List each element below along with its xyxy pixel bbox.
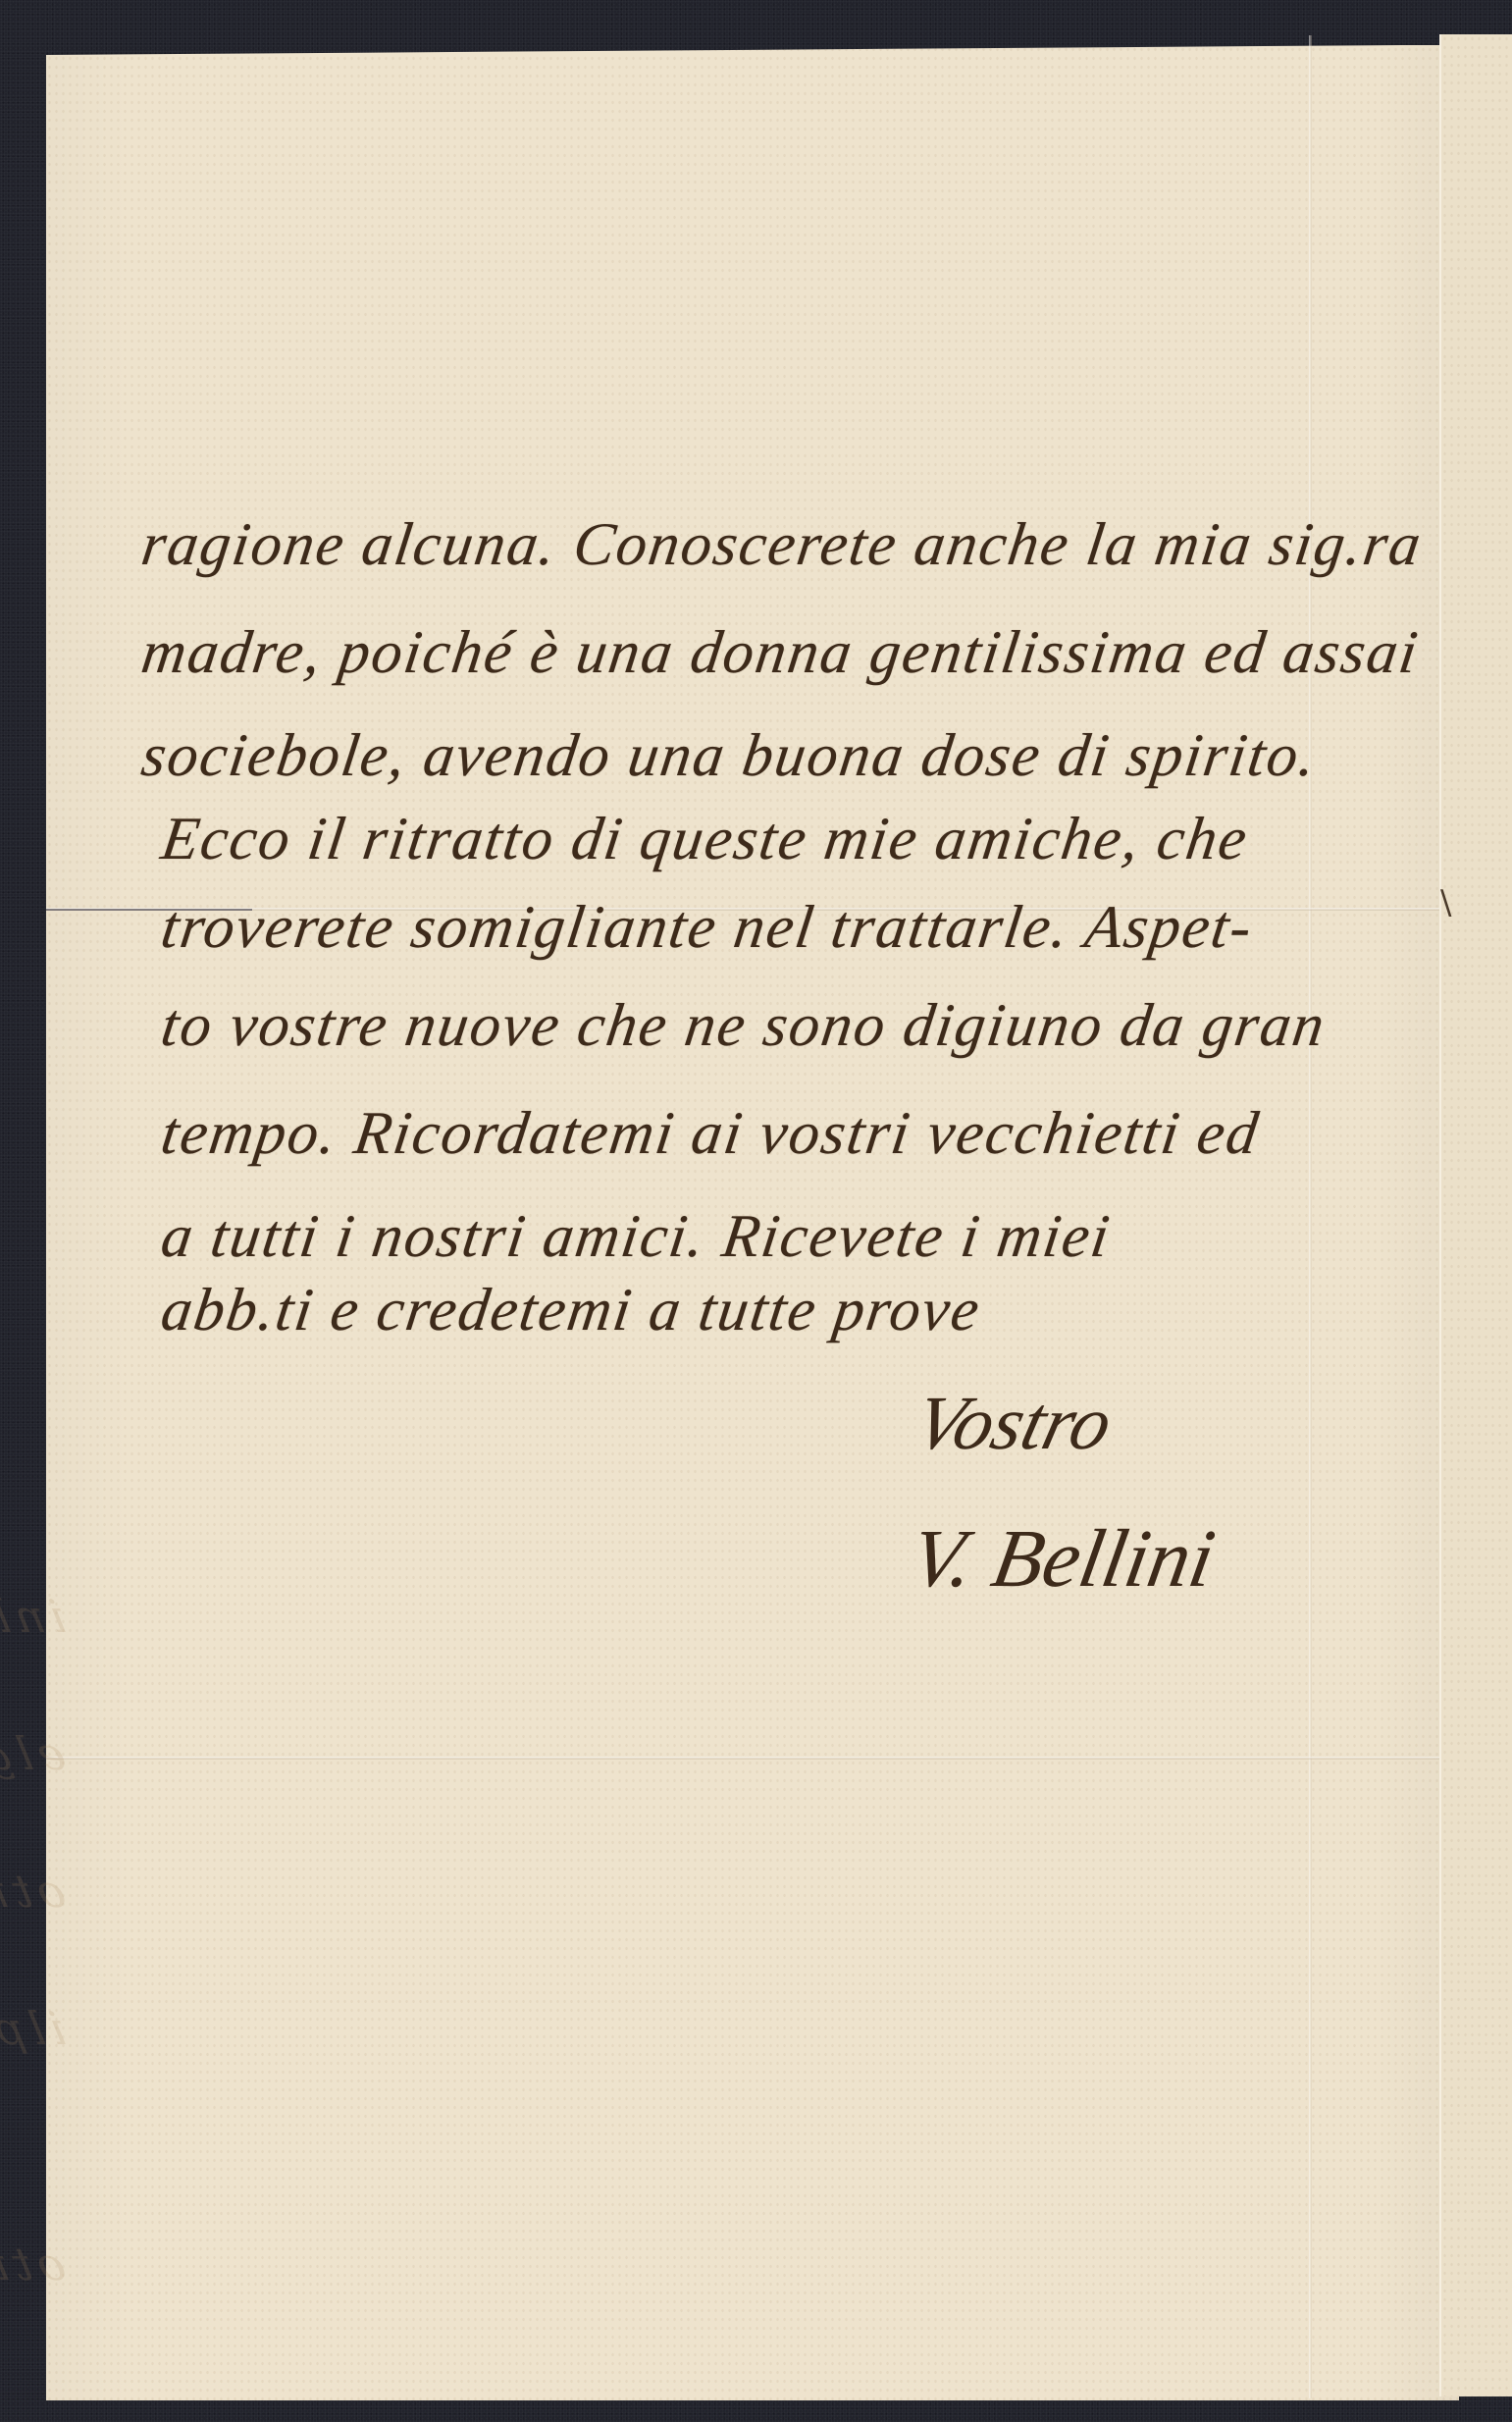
letter-line: abb.ti e credetemi a tutte prove [157, 1276, 985, 1345]
letter-line: a tutti i nostri amici. Ricevete i miei [157, 1202, 1115, 1272]
letter-line: madre, poiché è una donna gentilissima e… [137, 618, 1424, 688]
letter-body: ragione alcuna. Conoscerete anche la mia… [0, 0, 1512, 2422]
letter-line: to vostre nuove che ne sono digiuno da g… [157, 991, 1330, 1061]
margin-stroke-mark: \ [1440, 883, 1480, 922]
letter-line: troverete somigliante nel trattarle. Asp… [157, 893, 1258, 963]
letter-line: ragione alcuna. Conoscerete anche la mia… [137, 510, 1427, 580]
letter-line: Ecco il ritratto di queste mie amiche, c… [157, 805, 1253, 874]
author-signature: V. Bellini [904, 1511, 1222, 1606]
letter-closing: Vostro [907, 1379, 1121, 1467]
letter-line: tempo. Ricordatemi ai vostri vecchietti … [157, 1099, 1264, 1169]
letter-line: sociebole, avendo una buona dose di spir… [137, 721, 1322, 791]
